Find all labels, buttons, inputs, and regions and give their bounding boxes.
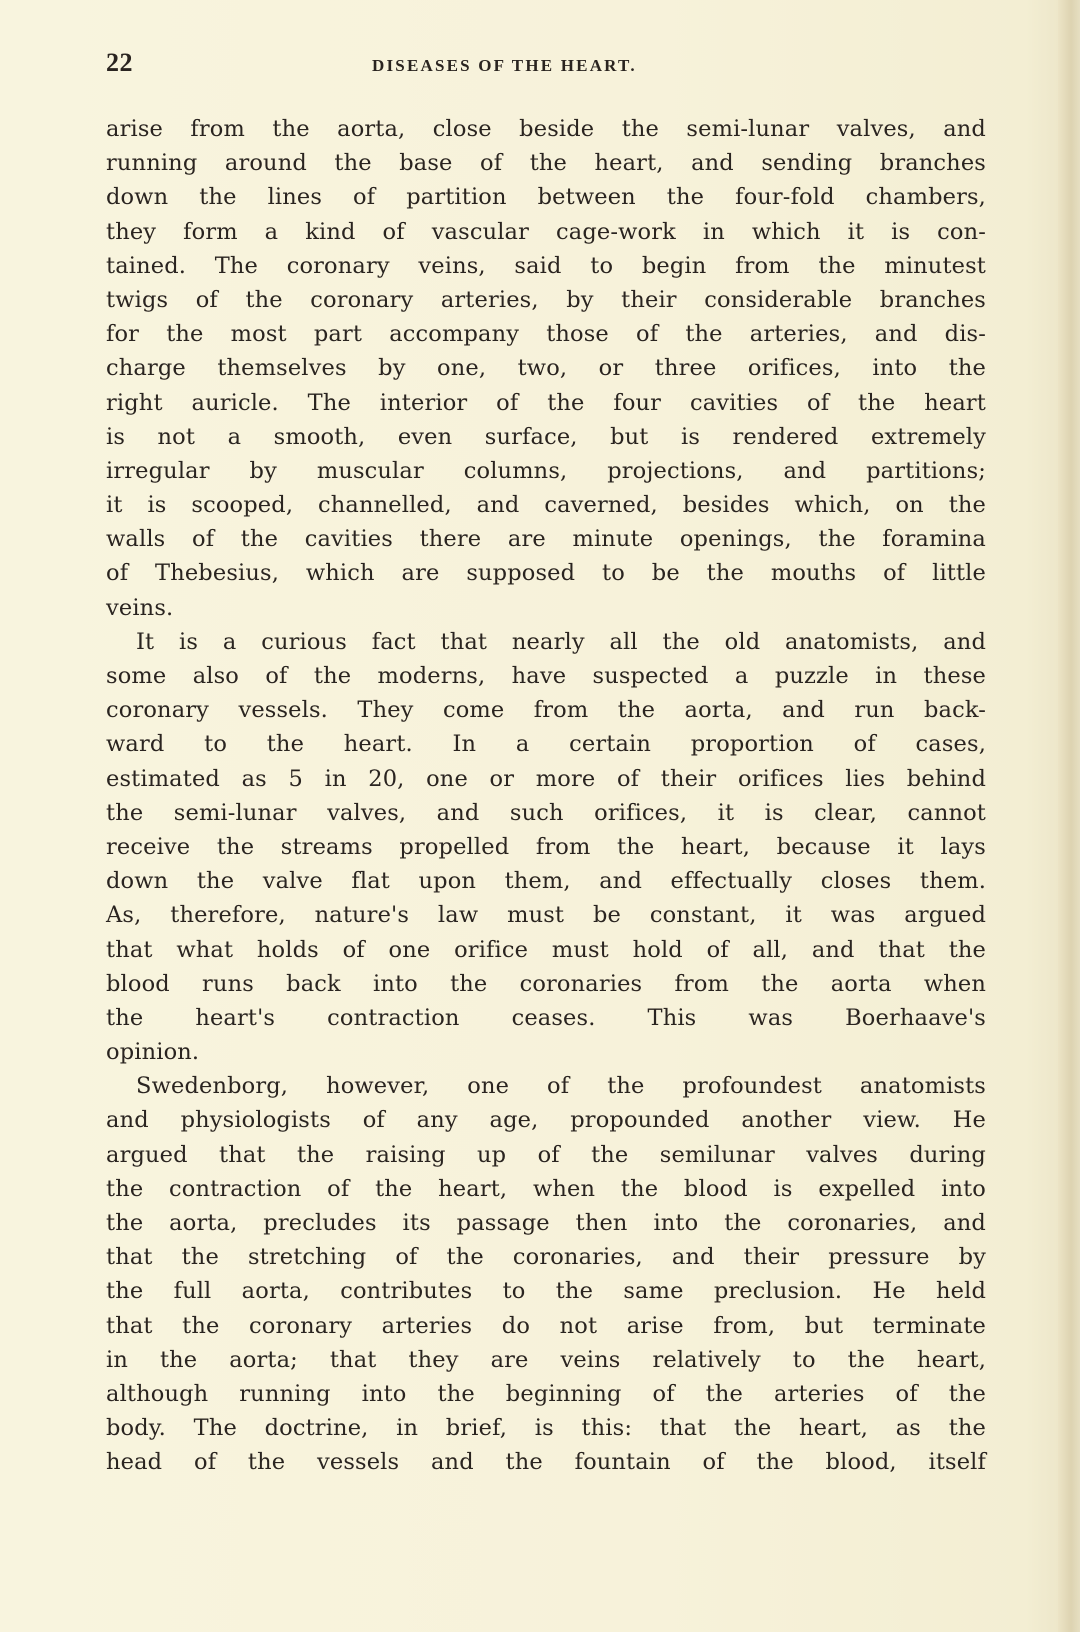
text-line: some also of the moderns, have suspected… xyxy=(106,659,986,693)
text-line: the full aorta, contributes to the same … xyxy=(106,1274,986,1308)
text-line: walls of the cavities there are minute o… xyxy=(106,522,986,556)
running-head: DISEASES OF THE HEART. xyxy=(372,56,637,76)
text-line: the contraction of the heart, when the b… xyxy=(106,1172,986,1206)
text-line: down the valve flat upon them, and effec… xyxy=(106,864,986,898)
text-line: is not a smooth, even surface, but is re… xyxy=(106,420,986,454)
text-line: that what holds of one orifice must hold… xyxy=(106,933,986,967)
text-line: down the lines of partition between the … xyxy=(106,180,986,214)
text-line: that the stretching of the coronaries, a… xyxy=(106,1240,986,1274)
text-line: for the most part accompany those of the… xyxy=(106,317,986,351)
paragraph-3: Swedenborg, however, one of the profound… xyxy=(106,1069,986,1479)
text-line: blood runs back into the coronaries from… xyxy=(106,967,986,1001)
text-line: of Thebesius, which are supposed to be t… xyxy=(106,556,986,590)
text-line: charge themselves by one, two, or three … xyxy=(106,351,986,385)
text-line: coronary vessels. They come from the aor… xyxy=(106,693,986,727)
text-line: arise from the aorta, close beside the s… xyxy=(106,112,986,146)
text-line: the heart's contraction ceases. This was… xyxy=(106,1001,986,1035)
text-line: it is scooped, channelled, and caverned,… xyxy=(106,488,986,522)
page-edge-shadow xyxy=(1058,0,1080,1632)
paragraph-1: arise from the aorta, close beside the s… xyxy=(106,112,986,625)
text-line: ward to the heart. In a certain proporti… xyxy=(106,727,986,761)
body-text: arise from the aorta, close beside the s… xyxy=(106,112,986,1480)
text-line: Swedenborg, however, one of the profound… xyxy=(106,1069,986,1103)
text-line: twigs of the coronary arteries, by their… xyxy=(106,283,986,317)
text-line: they form a kind of vascular cage-work i… xyxy=(106,215,986,249)
text-line: opinion. xyxy=(106,1035,986,1069)
text-line: argued that the raising up of the semilu… xyxy=(106,1138,986,1172)
text-line: that the coronary arteries do not arise … xyxy=(106,1309,986,1343)
text-line: tained. The coronary veins, said to begi… xyxy=(106,249,986,283)
book-page: 22 DISEASES OF THE HEART. arise from the… xyxy=(0,0,1080,1632)
text-line: body. The doctrine, in brief, is this: t… xyxy=(106,1411,986,1445)
text-line: although running into the beginning of t… xyxy=(106,1377,986,1411)
paragraph-2: It is a curious fact that nearly all the… xyxy=(106,625,986,1069)
text-line: As, therefore, nature's law must be cons… xyxy=(106,898,986,932)
page-header: 22 DISEASES OF THE HEART. xyxy=(106,48,986,88)
text-line: the aorta, precludes its passage then in… xyxy=(106,1206,986,1240)
page-number: 22 xyxy=(106,48,133,78)
text-line: and physiologists of any age, propounded… xyxy=(106,1103,986,1137)
text-line: in the aorta; that they are veins relati… xyxy=(106,1343,986,1377)
text-line: running around the base of the heart, an… xyxy=(106,146,986,180)
text-line: the semi-lunar valves, and such orifices… xyxy=(106,796,986,830)
text-line: right auricle. The interior of the four … xyxy=(106,386,986,420)
text-line: head of the vessels and the fountain of … xyxy=(106,1445,986,1479)
text-line: irregular by muscular columns, projectio… xyxy=(106,454,986,488)
text-line: It is a curious fact that nearly all the… xyxy=(106,625,986,659)
text-line: veins. xyxy=(106,591,986,625)
text-line: receive the streams propelled from the h… xyxy=(106,830,986,864)
text-line: estimated as 5 in 20, one or more of the… xyxy=(106,762,986,796)
